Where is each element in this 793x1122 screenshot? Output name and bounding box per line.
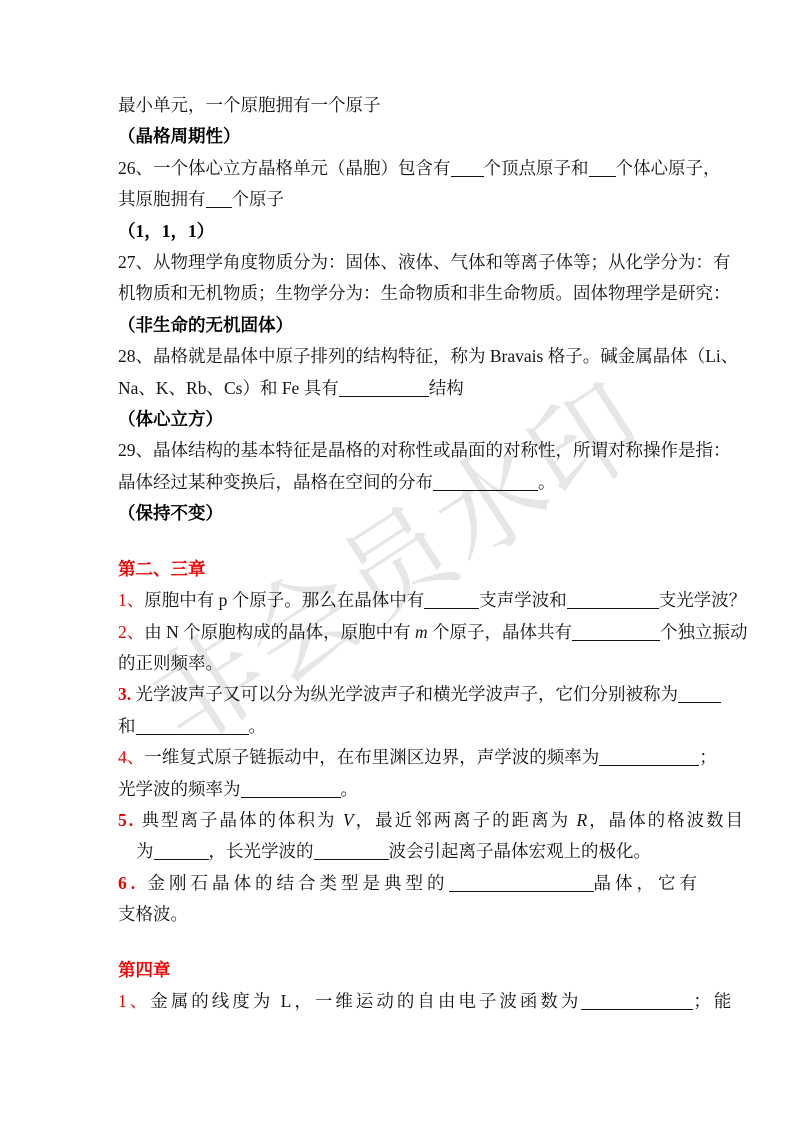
answer-line: （晶格周期性） — [118, 121, 758, 152]
question-2: 2、由 N 个原胞构成的晶体，原胞中有 m 个原子，晶体共有个独立振动 — [118, 617, 758, 648]
text-segment: 一维复式原子链振动中，在布里渊区边界，声学波的频率为 — [144, 747, 599, 767]
question-1: 1、原胞中有 p 个原子。那么在晶体中有支声学波和支光学波？ — [118, 585, 758, 616]
question-27: 27、从物理学角度物质分为：固体、液体、气体和等离子体等；从化学分为：有 — [118, 247, 758, 278]
document-page: 非会员水印 最小单元，一个原胞拥有一个原子（晶格周期性）26、一个体心立方晶格单… — [0, 0, 793, 1122]
answer-line: （非生命的无机固体） — [118, 310, 758, 341]
question-number: 第四章 — [118, 960, 171, 980]
text-segment: 个原子，晶体共有 — [428, 622, 572, 642]
text-segment: 由 N 个原胞构成的晶体，原胞中有 — [144, 622, 415, 642]
text-segment: ； — [699, 747, 717, 767]
question-25-continuation: 最小单元，一个原胞拥有一个原子 — [118, 90, 758, 121]
fill-in-blank — [678, 685, 721, 704]
answer-line: （保持不变） — [118, 498, 758, 529]
fill-in-blank — [581, 991, 693, 1010]
fill-in-blank — [206, 190, 232, 209]
text-segment: 光学波声子又可以分为纵光学波声子和横光学波声子，它们分别被称为 — [131, 684, 678, 704]
question-26-continuation: 其原胞拥有个原子 — [118, 184, 758, 215]
question-6-continuation: 支格波。 — [118, 899, 758, 930]
text-segment: ，最近邻两离子的距离为 — [356, 810, 577, 830]
text-segment: Na、K、Rb、Cs）和 Fe 具有 — [118, 378, 339, 398]
text-segment: 。 — [341, 779, 359, 799]
text-segment: （非生命的无机固体） — [118, 315, 293, 335]
fill-in-blank — [433, 472, 538, 491]
text-segment: 波会引起离子晶体宏观上的极化。 — [389, 841, 652, 861]
answer-line: （1，1，1） — [118, 216, 758, 247]
text-segment: 机物质和无机物质；生物学分为：生命物质和非生命物质。固体物理学是研究： — [118, 283, 731, 303]
fill-in-blank — [589, 158, 616, 177]
text-segment: 个顶点原子和 — [484, 158, 589, 178]
text-segment: 支声学波和 — [479, 590, 567, 610]
fill-in-blank — [599, 748, 699, 767]
chapter-heading-4: 第四章 — [118, 955, 758, 986]
text-segment: 光学波的频率为 — [118, 779, 241, 799]
text-segment: 原胞中有 p 个原子。那么在晶体中有 — [144, 590, 424, 610]
text-segment: （晶格周期性） — [118, 126, 241, 146]
question-28: 28、晶格就是晶体中原子排列的结构特征，称为 Bravais 格子。碱金属晶体（… — [118, 341, 758, 372]
fill-in-blank — [136, 716, 249, 735]
fill-in-blank — [424, 591, 479, 610]
question-29-continuation: 晶体经过某种变换后，晶格在空间的分布。 — [118, 467, 758, 498]
question-number: 6. — [118, 873, 139, 893]
question-1: 1、金属的线度为 L，一维运动的自由电子波函数为；能 — [118, 986, 758, 1017]
text-segment: R — [576, 810, 589, 830]
text-segment: V — [343, 810, 356, 830]
question-number: 4、 — [118, 747, 144, 767]
question-3: 3. 光学波声子又可以分为纵光学波声子和横光学波声子，它们分别被称为 — [118, 679, 758, 710]
text-segment: 和 — [118, 716, 136, 736]
question-26: 26、一个体心立方晶格单元（晶胞）包含有个顶点原子和个体心原子， — [118, 153, 758, 184]
text-segment: ，晶体的格波数目 — [589, 810, 745, 830]
answer-line: （体心立方） — [118, 404, 758, 435]
question-27-continuation: 机物质和无机物质；生物学分为：生命物质和非生命物质。固体物理学是研究： — [118, 278, 758, 309]
text-segment: 支光学波？ — [659, 590, 747, 610]
document-body: 最小单元，一个原胞拥有一个原子（晶格周期性）26、一个体心立方晶格单元（晶胞）包… — [118, 90, 758, 1017]
text-segment: 最小单元，一个原胞拥有一个原子 — [118, 95, 381, 115]
question-number: 第二、三章 — [118, 559, 206, 579]
text-segment: m — [415, 622, 428, 642]
text-segment: 为 — [136, 841, 154, 861]
text-segment: ，长光学波的 — [209, 841, 314, 861]
text-segment: 典型离子晶体的体积为 — [135, 810, 343, 830]
question-number: 3. — [118, 684, 131, 704]
question-number: 2、 — [118, 622, 144, 642]
fill-in-blank — [154, 842, 209, 861]
text-segment: （体心立方） — [118, 409, 223, 429]
text-segment: 个独立振动 — [660, 622, 748, 642]
text-segment: 支格波。 — [118, 904, 188, 924]
text-segment: 晶体经过某种变换后，晶格在空间的分布 — [118, 472, 433, 492]
question-6: 6. 金刚石晶体的结合类型是典型的晶体，它有 — [118, 868, 758, 899]
text-segment: 26、一个体心立方晶格单元（晶胞）包含有 — [118, 158, 451, 178]
fill-in-blank — [449, 873, 594, 892]
text-segment: 金属的线度为 L，一维运动的自由电子波函数为 — [150, 991, 581, 1011]
question-number: 5. — [118, 810, 135, 830]
text-segment: （保持不变） — [118, 503, 223, 523]
text-segment: 结构 — [429, 378, 464, 398]
fill-in-blank — [451, 158, 484, 177]
text-segment: 晶体，它有 — [594, 873, 702, 893]
text-segment: 27、从物理学角度物质分为：固体、液体、气体和等离子体等；从化学分为：有 — [118, 252, 731, 272]
text-segment: 28、晶格就是晶体中原子排列的结构特征，称为 Bravais 格子。碱金属晶体（… — [118, 346, 738, 366]
text-segment: 个原子 — [232, 189, 285, 209]
text-segment: 。 — [538, 472, 556, 492]
question-28-continuation: Na、K、Rb、Cs）和 Fe 具有结构 — [118, 373, 758, 404]
question-2-continuation: 的正则频率。 — [118, 648, 758, 679]
question-number: 1、 — [118, 991, 150, 1011]
fill-in-blank — [314, 842, 389, 861]
chapter-heading-2-3: 第二、三章 — [118, 554, 758, 585]
question-5: 5. 典型离子晶体的体积为 V，最近邻两离子的距离为 R，晶体的格波数目 — [118, 805, 758, 836]
text-segment: 。 — [249, 716, 267, 736]
fill-in-blank — [572, 622, 660, 641]
text-segment: 29、晶体结构的基本特征是晶格的对称性或晶面的对称性，所谓对称操作是指： — [118, 440, 731, 460]
question-4-continuation: 光学波的频率为。 — [118, 774, 758, 805]
text-segment: （1，1，1） — [118, 221, 214, 241]
text-segment: ；能 — [693, 991, 734, 1011]
text-segment: 个体心原子， — [616, 158, 721, 178]
text-segment: 其原胞拥有 — [118, 189, 206, 209]
question-4: 4、一维复式原子链振动中，在布里渊区边界，声学波的频率为； — [118, 742, 758, 773]
question-number: 1、 — [118, 590, 144, 610]
question-29: 29、晶体结构的基本特征是晶格的对称性或晶面的对称性，所谓对称操作是指： — [118, 435, 758, 466]
text-segment: 金刚石晶体的结合类型是典型的 — [139, 873, 448, 893]
fill-in-blank — [567, 591, 659, 610]
question-5-continuation: 为，长光学波的波会引起离子晶体宏观上的极化。 — [118, 836, 758, 867]
fill-in-blank — [241, 779, 341, 798]
question-3-continuation: 和。 — [118, 711, 758, 742]
text-segment: 的正则频率。 — [118, 653, 223, 673]
fill-in-blank — [339, 378, 429, 397]
